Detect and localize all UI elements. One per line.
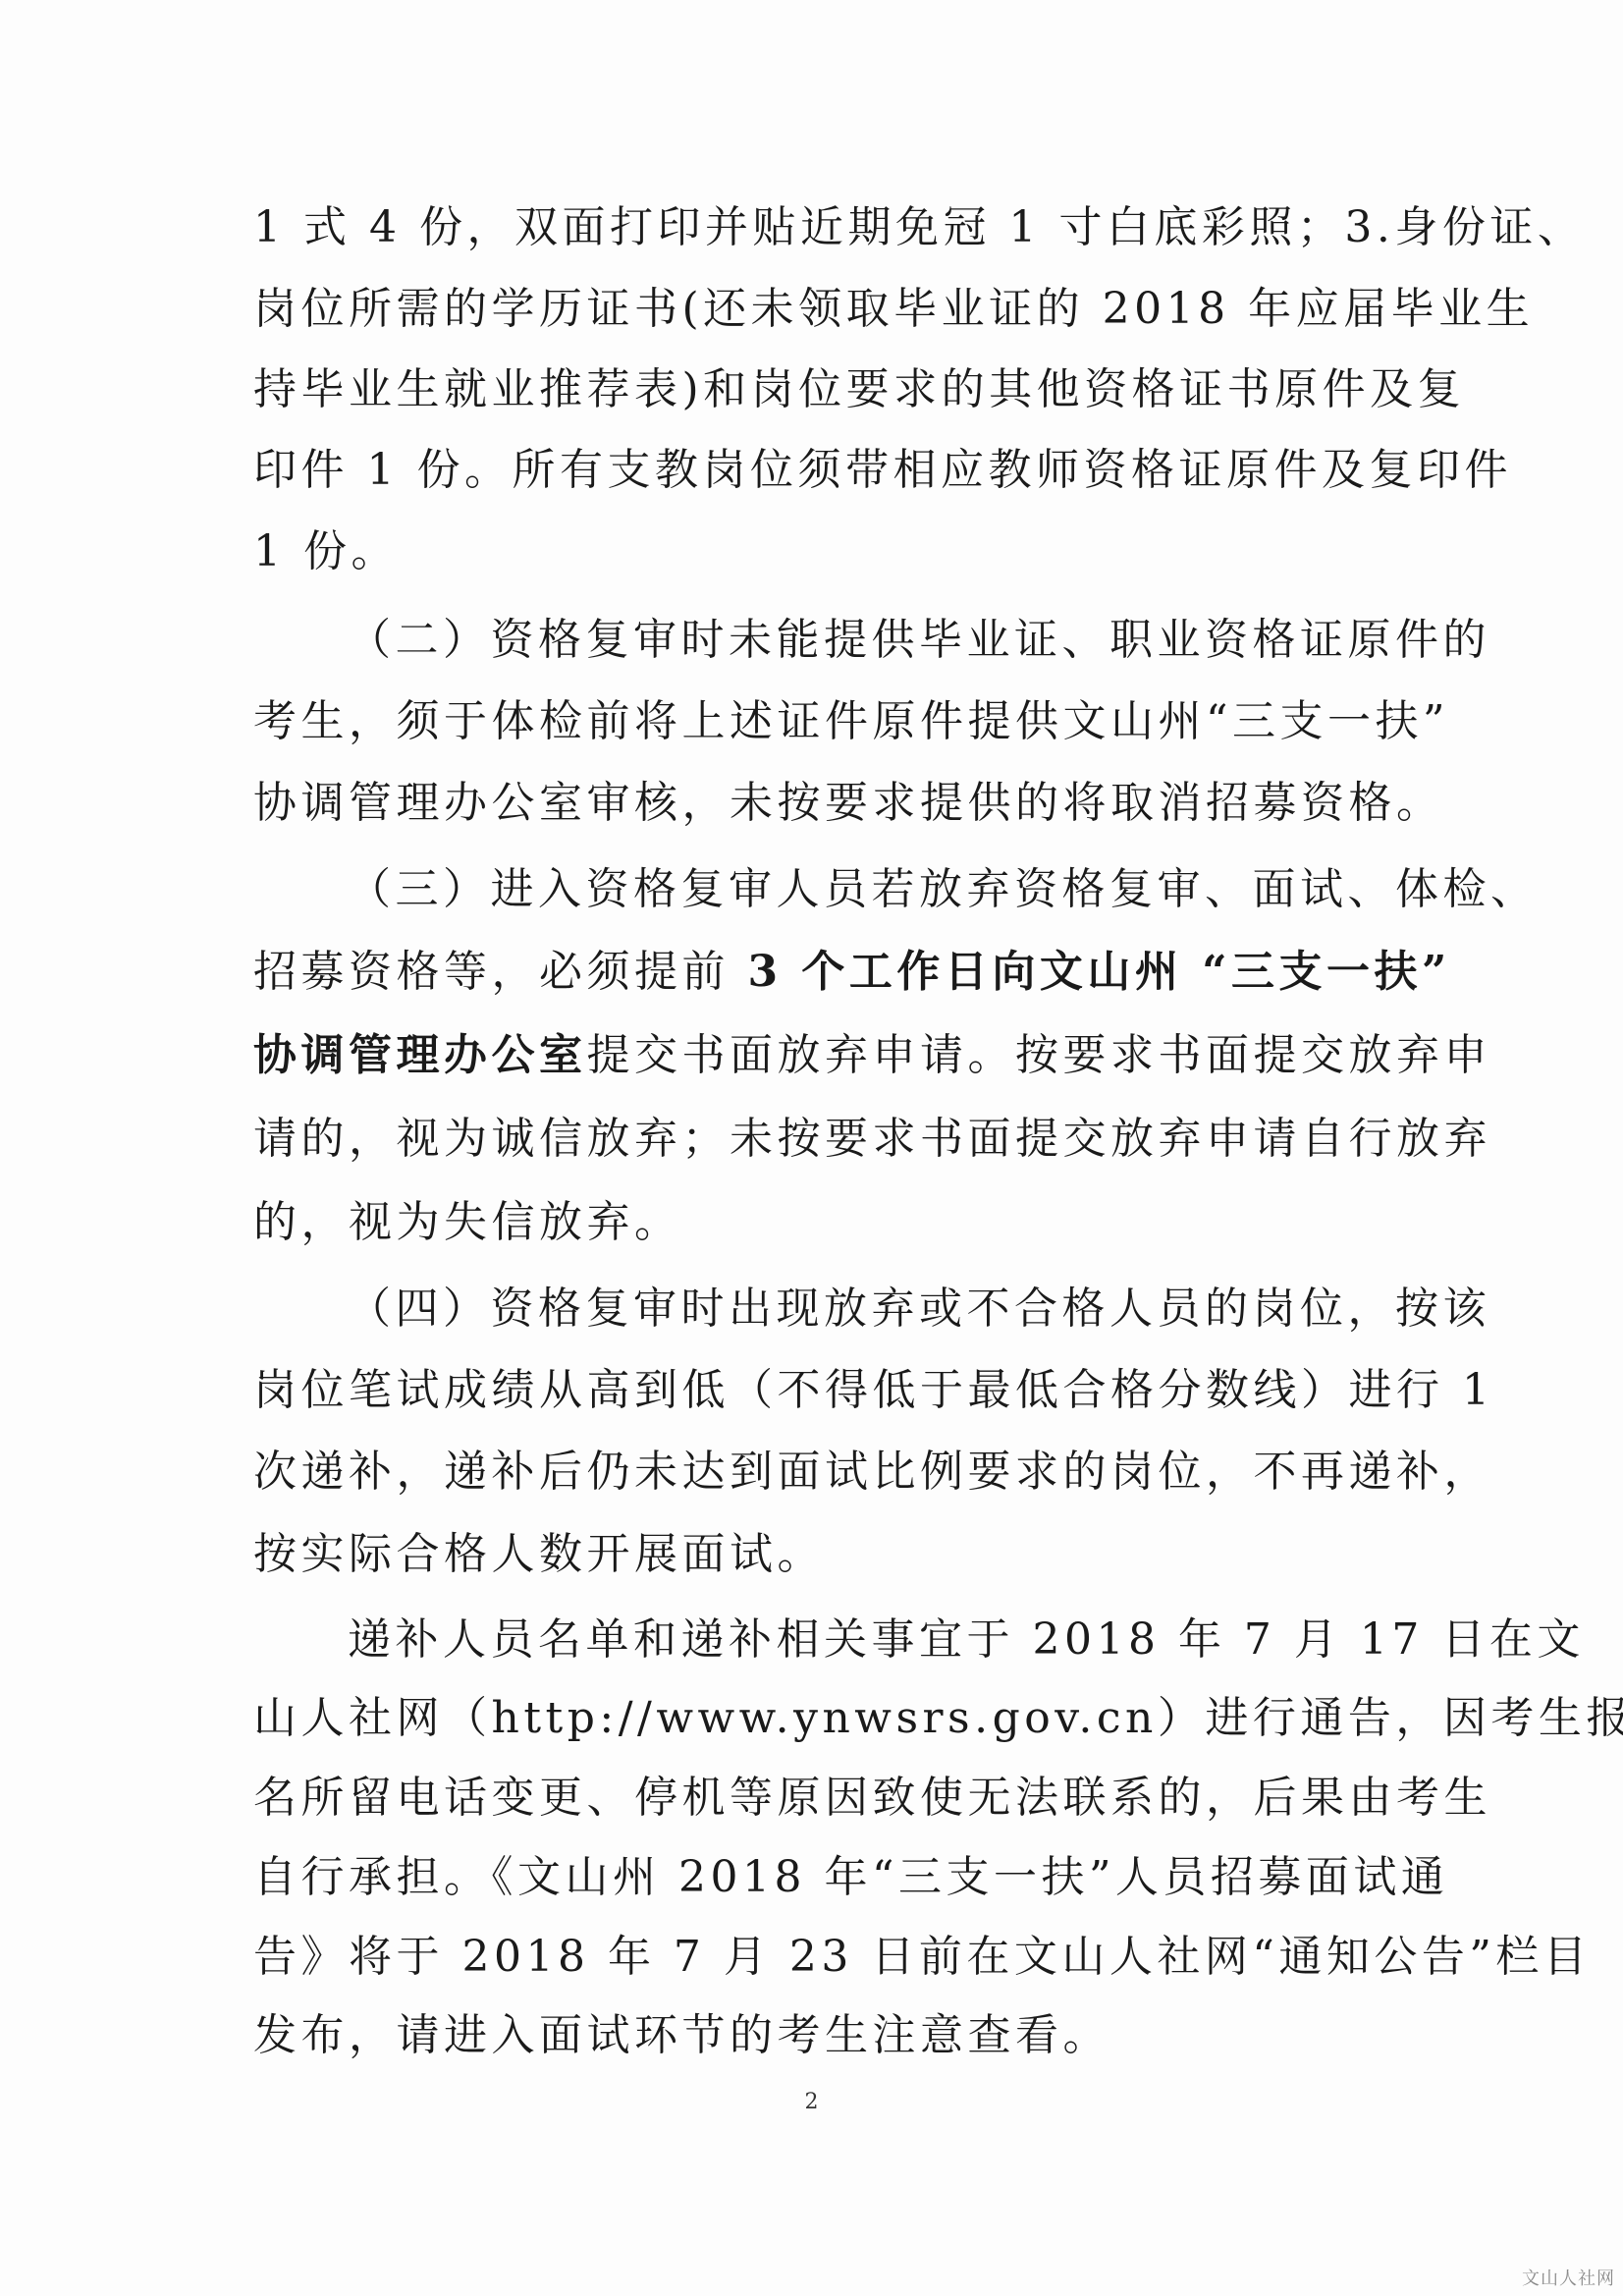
text-line: 岗位所需的学历证书(还未领取毕业证的 2018 年应届毕业生 xyxy=(253,280,1382,339)
document-page: 1 式 4 份，双面打印并贴近期免冠 1 寸白底彩照；3.身份证、 岗位所需的学… xyxy=(0,0,1623,2296)
text-line: 招募资格等，必须提前 3 个工作日向文山州 “三支一扶” xyxy=(253,943,1382,1002)
text-line: 持毕业生就业推荐表)和岗位要求的其他资格证书原件及复 xyxy=(253,360,1382,419)
text-line: 山人社网（http://www.ynwsrs.gov.cn）进行通告，因考生报 xyxy=(253,1689,1382,1748)
text-line: 发布，请进入面试环节的考生注意查看。 xyxy=(253,2006,1382,2065)
text-span: 提交书面放弃申请。按要求书面提交放弃申 xyxy=(587,1030,1492,1080)
text-line: 岗位笔试成绩从高到低（不得低于最低合格分数线）进行 1 xyxy=(253,1361,1382,1420)
text-line: 名所留电话变更、停机等原因致使无法联系的，后果由考生 xyxy=(253,1769,1382,1828)
text-span: 招募资格等，必须提前 xyxy=(253,947,748,997)
text-line: 请的，视为诚信放弃；未按要求书面提交放弃申请自行放弃 xyxy=(253,1110,1382,1169)
text-line: 考生，须于体检前将上述证件原件提供文山州“三支一扶” xyxy=(253,692,1382,751)
text-line: 协调管理办公室提交书面放弃申请。按要求书面提交放弃申 xyxy=(253,1026,1382,1085)
text-line: 1 式 4 份，双面打印并贴近期免冠 1 寸白底彩照；3.身份证、 xyxy=(253,198,1382,257)
text-line: 1 份。 xyxy=(253,522,1382,581)
paragraph-2-start: （二）资格复审时未能提供毕业证、职业资格证原件的 xyxy=(348,611,1382,670)
text-line: 协调管理办公室审核，未按要求提供的将取消招募资格。 xyxy=(253,774,1382,833)
text-line: 自行承担。《文山州 2018 年“三支一扶”人员招募面试通 xyxy=(253,1848,1382,1907)
bold-text-span: 协调管理办公室 xyxy=(253,1030,587,1080)
text-line: 次递补，递补后仍未达到面试比例要求的岗位，不再递补， xyxy=(253,1443,1382,1502)
bold-text-span: 3 个工作日向文山州 “三支一扶” xyxy=(748,947,1451,997)
text-line: 的，视为失信放弃。 xyxy=(253,1193,1382,1252)
page-number: 2 xyxy=(0,2090,1623,2114)
paragraph-4-start: （四）资格复审时出现放弃或不合格人员的岗位，按该 xyxy=(348,1280,1382,1339)
watermark: 文山人社网 xyxy=(1522,2265,1615,2290)
text-line: 按实际合格人数开展面试。 xyxy=(253,1525,1382,1584)
text-line: 印件 1 份。所有支教岗位须带相应教师资格证原件及复印件 xyxy=(253,441,1382,500)
paragraph-3-start: （三）进入资格复审人员若放弃资格复审、面试、体检、 xyxy=(348,860,1382,919)
paragraph-5-start: 递补人员名单和递补相关事宜于 2018 年 7 月 17 日在文 xyxy=(348,1611,1382,1669)
text-line: 告》将于 2018 年 7 月 23 日前在文山人社网“通知公告”栏目 xyxy=(253,1928,1382,1987)
